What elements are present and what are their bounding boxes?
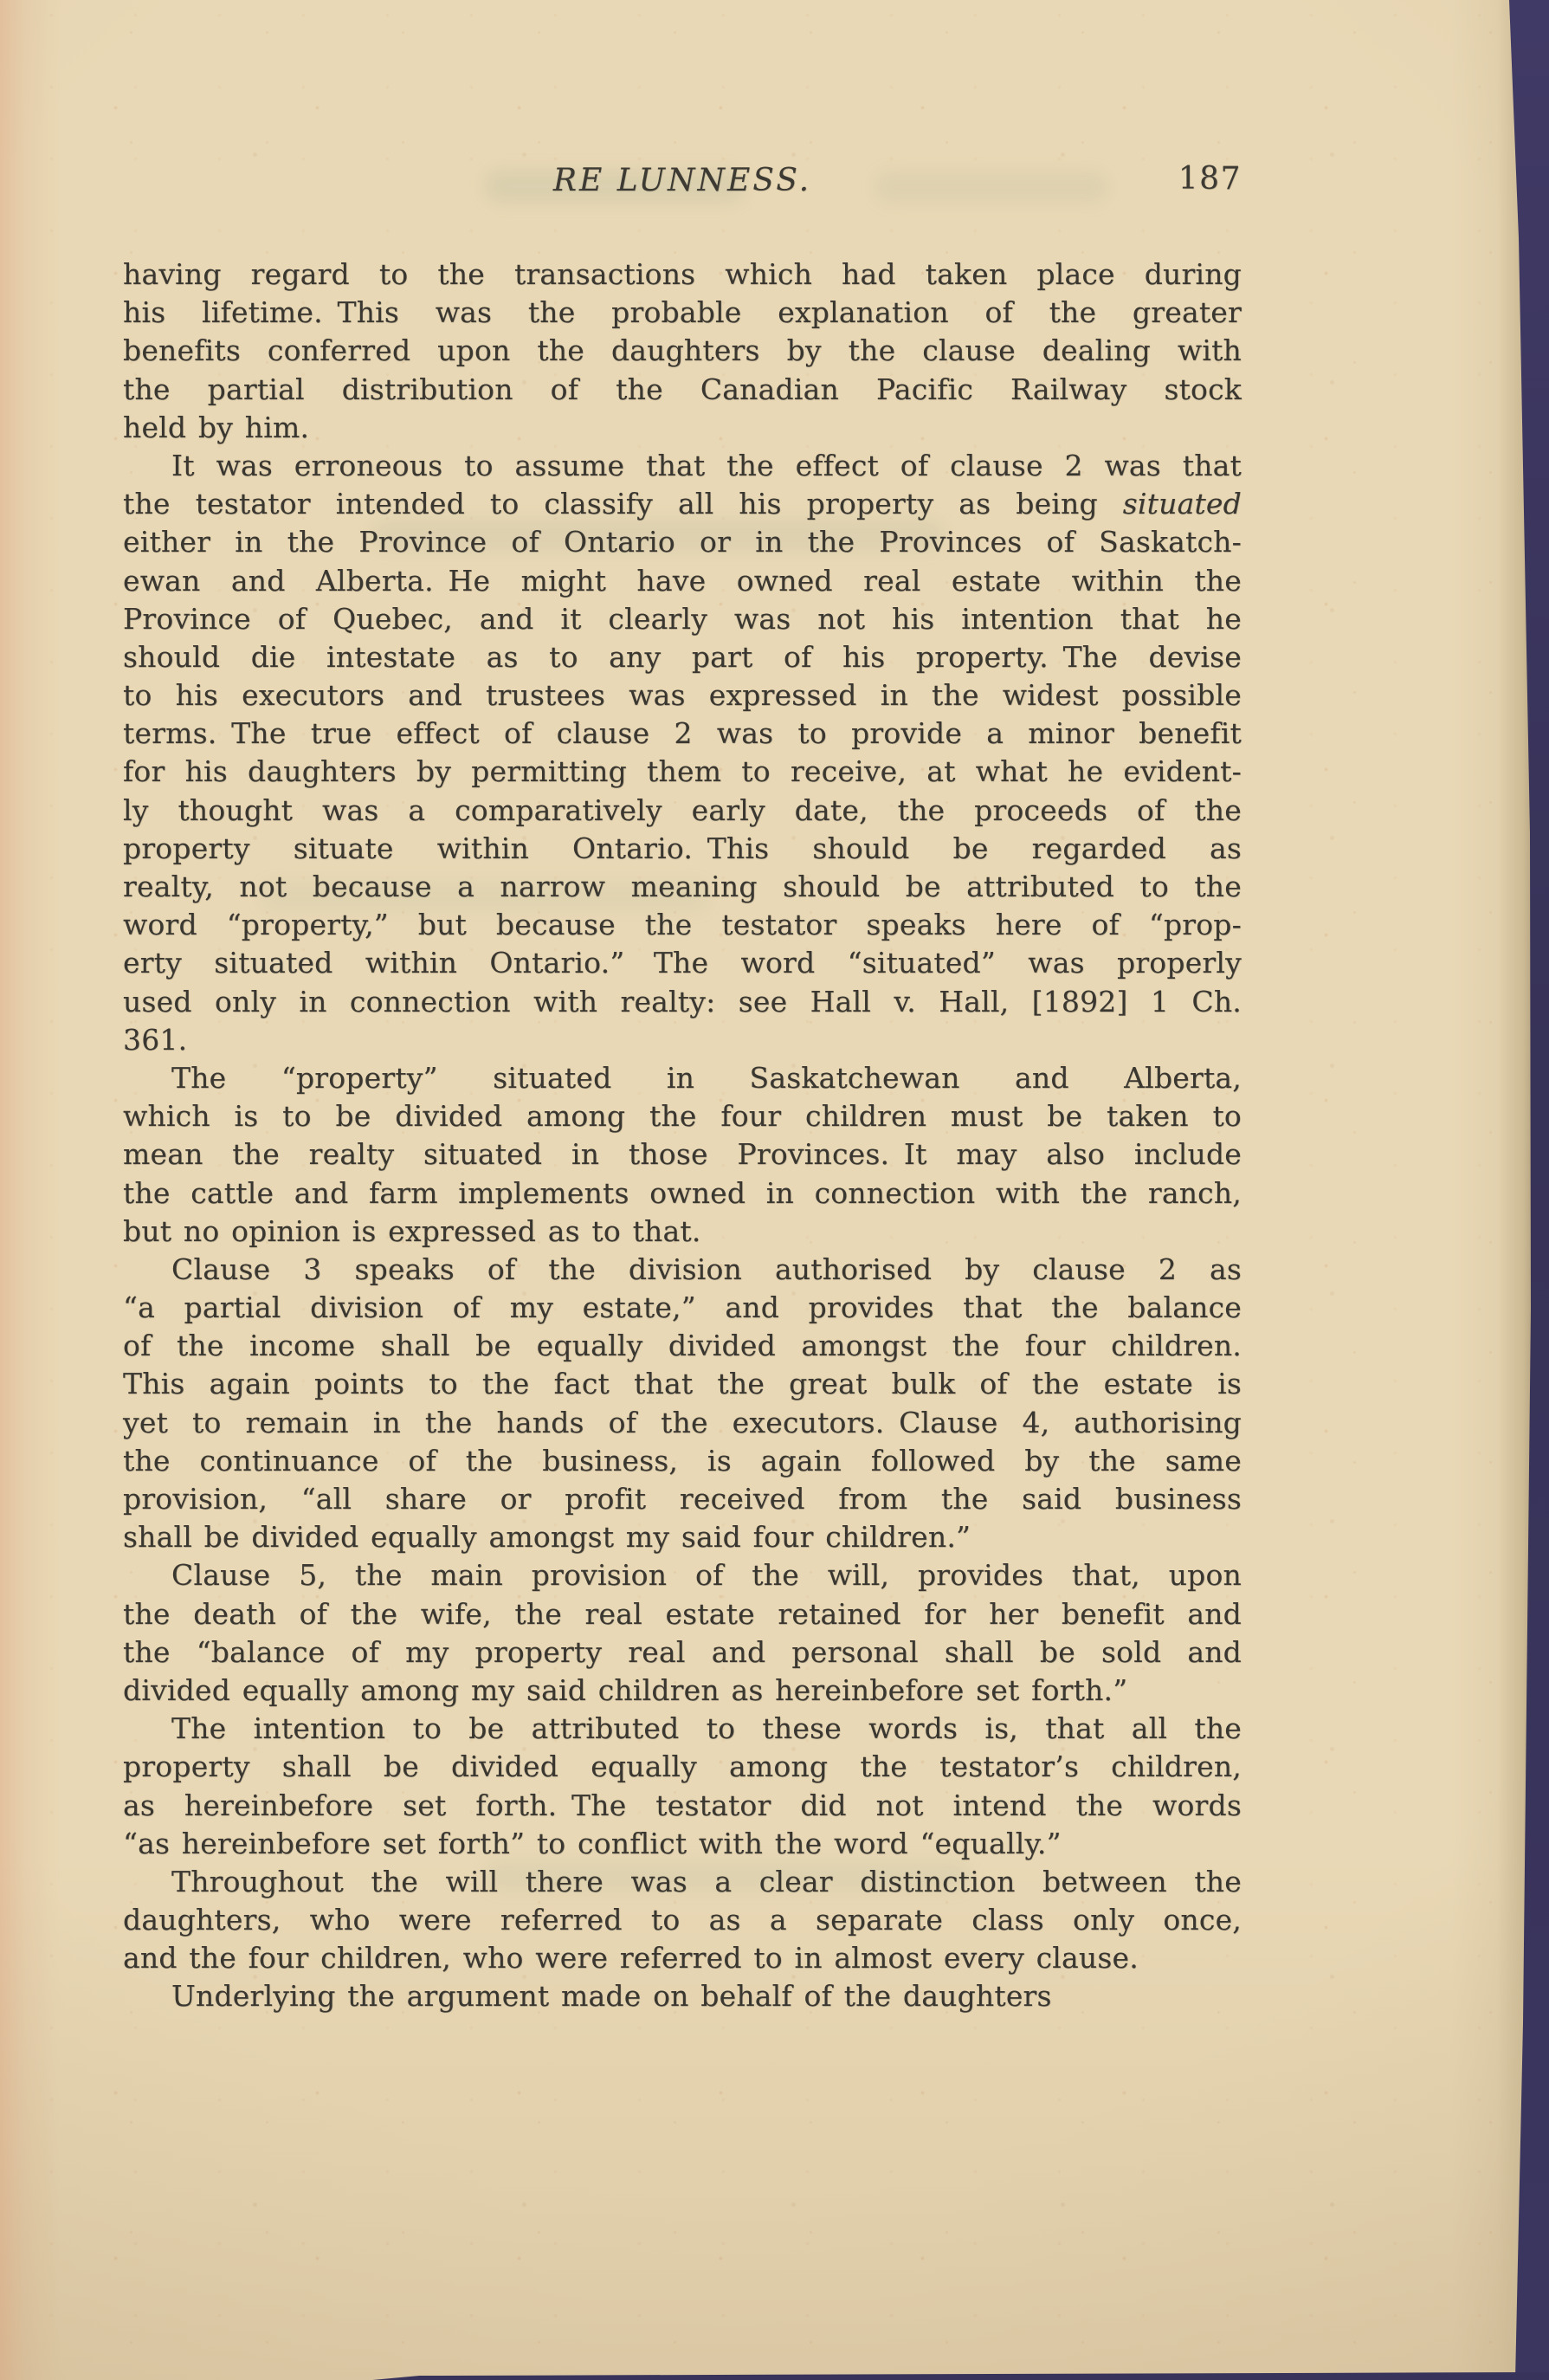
- text-block: having regard to the transactions which …: [123, 255, 1242, 2016]
- text-line: terms. The true effect of clause 2 was t…: [123, 715, 1242, 753]
- text-line: The intention to be attributed to these …: [123, 1710, 1242, 1748]
- text-line: ly thought was a comparatively early dat…: [123, 792, 1242, 830]
- text-line: the testator intended to classify all hi…: [123, 485, 1242, 523]
- text-line: daughters, who were referred to as a sep…: [123, 1901, 1242, 1939]
- text-line: which is to be divided among the four ch…: [123, 1097, 1242, 1135]
- text-line: the cattle and farm implements owned in …: [123, 1174, 1242, 1213]
- text-line: It was erroneous to assume that the effe…: [123, 447, 1242, 485]
- text-line: mean the realty situated in those Provin…: [123, 1135, 1242, 1174]
- text-line: his lifetime. This was the probable expl…: [123, 294, 1242, 332]
- case-title: RE LUNNESS.: [123, 163, 1242, 198]
- text-line: the “balance of my property real and per…: [123, 1633, 1242, 1672]
- page-number: 187: [1178, 161, 1242, 197]
- text-line: for his daughters by permitting them to …: [123, 753, 1242, 791]
- text-line: held by him.: [123, 409, 1242, 447]
- text-line: Clause 3 speaks of the division authoris…: [123, 1251, 1242, 1289]
- text-line: having regard to the transactions which …: [123, 255, 1242, 294]
- text-line: either in the Province of Ontario or in …: [123, 523, 1242, 561]
- text-line: of the income shall be equally divided a…: [123, 1327, 1242, 1365]
- text-line: divided equally among my said children a…: [123, 1672, 1242, 1710]
- text-line: property situate within Ontario. This sh…: [123, 830, 1242, 868]
- text-line: Underlying the argument made on behalf o…: [123, 1977, 1242, 2015]
- text-line: the partial distribution of the Canadian…: [123, 371, 1242, 409]
- text-line: and the four children, who were referred…: [123, 1939, 1242, 1977]
- text-line: used only in connection with realty: see…: [123, 983, 1242, 1021]
- text-line: realty, not because a narrow meaning sho…: [123, 868, 1242, 906]
- text-line: should die intestate as to any part of h…: [123, 638, 1242, 676]
- text-line: 361.: [123, 1021, 1242, 1059]
- text-line: ewan and Alberta. He might have owned re…: [123, 562, 1242, 600]
- text-line: Throughout the will there was a clear di…: [123, 1863, 1242, 1901]
- book-page: RE LUNNESS. 187 having regard to the tra…: [0, 0, 1529, 2380]
- text-line: as hereinbefore set forth. The testator …: [123, 1787, 1242, 1825]
- text-line: yet to remain in the hands of the execut…: [123, 1404, 1242, 1442]
- text-line: Province of Quebec, and it clearly was n…: [123, 600, 1242, 638]
- text-line: shall be divided equally amongst my said…: [123, 1518, 1242, 1556]
- text-line: the death of the wife, the real estate r…: [123, 1595, 1242, 1633]
- text-line: to his executors and trustees was expres…: [123, 676, 1242, 715]
- text-line: word “property,” but because the testato…: [123, 906, 1242, 944]
- text-line: but no opinion is expressed as to that.: [123, 1213, 1242, 1251]
- text-line: the continuance of the business, is agai…: [123, 1442, 1242, 1480]
- text-line: property shall be divided equally among …: [123, 1748, 1242, 1786]
- running-header: RE LUNNESS. 187: [123, 163, 1242, 203]
- text-line: benefits conferred upon the daughters by…: [123, 332, 1242, 370]
- text-line: erty situated within Ontario.” The word …: [123, 944, 1242, 982]
- text-line: Clause 5, the main provision of the will…: [123, 1556, 1242, 1594]
- text-line: This again points to the fact that the g…: [123, 1365, 1242, 1403]
- text-line: provision, “all share or profit received…: [123, 1480, 1242, 1518]
- text-line: “a partial division of my estate,” and p…: [123, 1289, 1242, 1327]
- text-line: “as hereinbefore set forth” to conflict …: [123, 1825, 1242, 1863]
- text-line: The “property” situated in Saskatchewan …: [123, 1059, 1242, 1097]
